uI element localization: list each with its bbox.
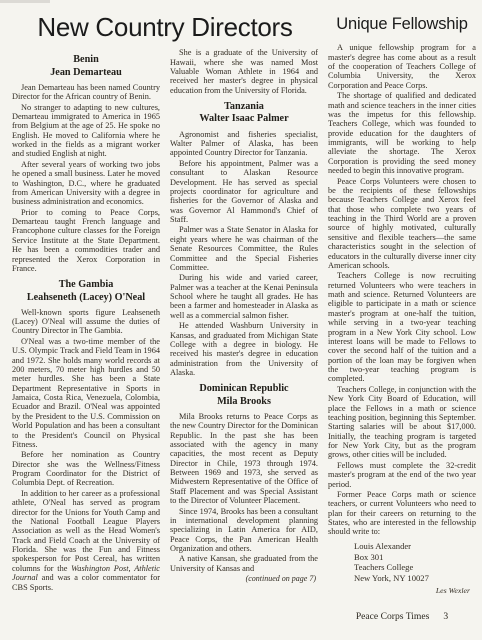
gambia-paragraph-3: Before her nomination as Country Directo… xyxy=(12,450,160,488)
tanzania-director-name: Walter Isaac Palmer xyxy=(170,113,318,125)
address-name: Louis Alexander xyxy=(354,541,476,552)
new-country-directors-article: New Country Directors Benin Jean Demarte… xyxy=(12,14,318,593)
gambia-paragraph-2: O'Neal was a two-time member of the U.S.… xyxy=(12,337,160,450)
dominican-paragraph-1: Mila Brooks returns to Peace Corps as th… xyxy=(170,412,318,506)
column-2: She is a graduate of the University of H… xyxy=(170,48,318,593)
fellowship-paragraph-6: Fellows must complete the 32-credit mast… xyxy=(328,461,476,489)
tanzania-country: Tanzania xyxy=(170,101,318,113)
section-heading-tanzania: Tanzania Walter Isaac Palmer xyxy=(170,101,318,125)
fellowship-paragraph-3: Peace Corps Volunteers were chosen to be… xyxy=(328,177,476,271)
address-box: Box 301 xyxy=(354,552,476,563)
author-byline: Les Wexler xyxy=(328,586,470,595)
fellowship-paragraph-5: Teachers College, in conjunction with th… xyxy=(328,385,476,460)
tanzania-paragraph-5: He attended Washburn University in Kansa… xyxy=(170,321,318,377)
section-heading-dominican-republic: Dominican Republic Mila Brooks xyxy=(170,383,318,407)
continued-on-page-note: (continued on page 7) xyxy=(170,574,316,583)
fellowship-paragraph-1: A unique fellowship program for a master… xyxy=(328,43,476,90)
article-title-unique-fellowship: Unique Fellowship xyxy=(328,16,476,33)
gambia-country: The Gambia xyxy=(12,279,160,291)
benin-paragraph-2: No stranger to adapting to new cultures,… xyxy=(12,103,160,159)
benin-country: Benin xyxy=(12,54,160,66)
page-footer: Peace Corps Times 3 xyxy=(328,611,476,622)
dominican-paragraph-2: Since 1974, Brooks has been a consultant… xyxy=(170,507,318,554)
benin-paragraph-4: Prior to coming to Peace Corps, Demartea… xyxy=(12,208,160,274)
two-column-body: Benin Jean Demarteau Jean Demarteau has … xyxy=(12,48,318,593)
dominican-country: Dominican Republic xyxy=(170,383,318,395)
unique-fellowship-article: Unique Fellowship A unique fellowship pr… xyxy=(328,14,476,595)
address-city: New York, NY 10027 xyxy=(354,573,476,584)
gambia-paragraph-4-text: In addition to her career as a professio… xyxy=(12,489,160,573)
tanzania-paragraph-2: Before his appointment, Palmer was a con… xyxy=(170,159,318,225)
tanzania-paragraph-3: Palmer was a State Senator in Alaska for… xyxy=(170,225,318,272)
article-title-new-country-directors: New Country Directors xyxy=(12,14,318,41)
fellowship-paragraph-4: Teachers College is now recruiting retur… xyxy=(328,271,476,384)
page-number: 3 xyxy=(443,611,448,622)
address-institution: Teachers College xyxy=(354,562,476,573)
gambia-continuation-paragraph: She is a graduate of the University of H… xyxy=(170,48,318,95)
benin-paragraph-3: After several years of working two jobs … xyxy=(12,160,160,207)
gambia-paragraph-1: Well-known sports figure Leahseneth (Lac… xyxy=(12,308,160,336)
dominican-director-name: Mila Brooks xyxy=(170,396,318,408)
benin-paragraph-1: Jean Demarteau has been named Country Di… xyxy=(12,83,160,102)
scan-artifact xyxy=(0,0,50,3)
section-heading-benin: Benin Jean Demarteau xyxy=(12,54,160,78)
column-1: Benin Jean Demarteau Jean Demarteau has … xyxy=(12,48,160,593)
fellowship-paragraph-7: Former Peace Corps math or science teach… xyxy=(328,490,476,537)
tanzania-paragraph-1: Agronomist and fisheries specialist, Wal… xyxy=(170,130,318,158)
newsletter-page: New Country Directors Benin Jean Demarte… xyxy=(0,0,482,640)
benin-director-name: Jean Demarteau xyxy=(12,67,160,79)
contact-address-block: Louis Alexander Box 301 Teachers College… xyxy=(354,541,476,584)
gambia-director-name: Leahseneth (Lacey) O'Neal xyxy=(12,292,160,304)
fellowship-paragraph-2: The shortage of qualified and dedicated … xyxy=(328,91,476,175)
gambia-paragraph-4: In addition to her career as a professio… xyxy=(12,489,160,592)
dominican-paragraph-3: A native Kansan, she graduated from the … xyxy=(170,554,318,573)
section-heading-gambia: The Gambia Leahseneth (Lacey) O'Neal xyxy=(12,279,160,303)
publication-name: Peace Corps Times xyxy=(356,611,430,622)
tanzania-paragraph-4: During his wide and varied career, Palme… xyxy=(170,273,318,320)
